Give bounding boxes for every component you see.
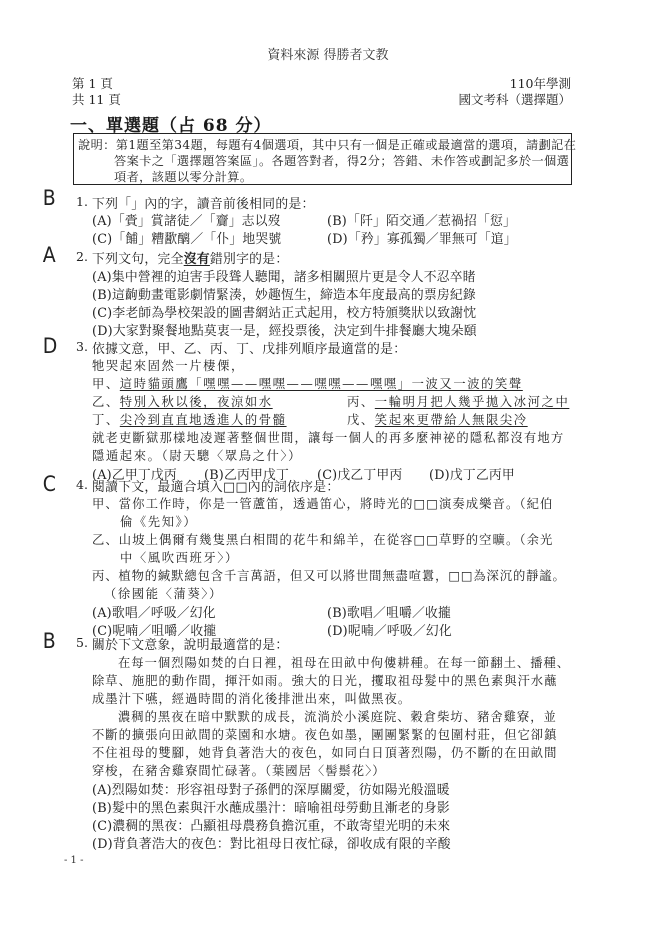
question-number-3: 3. [76, 339, 88, 354]
question-stem-4: 閱讀下文，最適合填入□□內的詞依序是： [92, 476, 339, 495]
q4-item-jia-line-2: 倫《先知》） [120, 512, 197, 530]
instructions-line-3: 項者，該題以零分計算。 [114, 168, 252, 185]
item-text: 笑起來更帶給人無限尖冷 [375, 413, 528, 427]
q4-item-yi-line-1: 乙、山坡上偶爾有幾隻黑白相間的花牛和綿羊，在從容□□草野的空曠。（余光 [92, 530, 553, 548]
stem-suffix: 錯別字的是： [210, 252, 289, 267]
total-pages: 共 11 頁 [72, 90, 121, 108]
item-label: 乙、 [92, 395, 120, 409]
q5-option-b[interactable]: (B)髮中的黑色素與汗水蘸成墨汁：暗喻祖母勞動且漸老的身影 [92, 797, 450, 816]
handwritten-answer-q2: A [43, 243, 56, 267]
q5-passage-line-5: 不斷的擴張向田畝間的菜園和水塘。夜色如墨，團團緊緊的包圍村莊，但它卻鎮 [92, 725, 557, 743]
q5-passage-line-3: 成墨汁下嚥，經過時間的消化後排泄出來，叫做黑夜。 [92, 689, 411, 707]
q5-passage-line-7: 穿梭，在豬舍雞寮間忙碌著。（葉國居〈髻鬃花〉） [92, 761, 386, 779]
q4-option-b[interactable]: (B)歌唱／咀嚼／收攏 [327, 602, 451, 621]
q5-option-a[interactable]: (A)烈陽如焚：形容祖母對子孫們的深厚關愛，彷如陽光般溫暖 [92, 779, 450, 798]
item-text: 尖冷到直直地透進人的骨髓 [120, 413, 287, 427]
q3-lead: 牠哭起來固然一片棲傈， [92, 356, 245, 374]
question-number-1: 1. [76, 194, 88, 209]
q4-item-bing-line-1: 丙、植物的緘默總包含千言萬語，但又可以將世間無盡喧囂，□□為深沉的靜謐。 [92, 566, 566, 584]
q3-tail-line-2: 隱遁起來。（尉天驄〈眾鳥之什〉） [92, 446, 302, 464]
q5-passage-line-1: 在每一個烈陽如焚的白日裡，祖母在田畝中佝僂耕種。在每一節翻土、播種、 [118, 653, 570, 671]
q2-option-b[interactable]: (B)這齣動畫電影劇情緊湊，妙趣恆生，締造本年度最高的票房紀錄 [92, 284, 476, 303]
subject-name: 國文考科（選擇題） [458, 90, 571, 108]
handwritten-answer-q4: C [43, 472, 56, 496]
question-stem-3: 依據文意，甲、乙、丙、丁、戊排列順序最適當的是： [92, 338, 406, 357]
item-text: 特別入秋以後，夜涼如水 [120, 395, 273, 409]
q3-item-wu: 戊、笑起來更帶給人無限尖冷 [347, 410, 528, 428]
q3-option-d[interactable]: (D)戊丁乙丙甲 [429, 464, 515, 483]
q5-option-c[interactable]: (C)濃稠的黑夜：凸顯祖母農務負擔沉重，不敢寄望光明的未來 [92, 815, 450, 834]
q3-item-jia: 甲、這時貓頭鷹「嘿嘿——嘿嘿——嘿嘿——嘿嘿」一波又一波的笑聲 [92, 374, 523, 392]
question-stem-5: 關於下文意象，說明最適當的是： [92, 634, 288, 653]
q1-option-c[interactable]: (C)「餔」糟歠醨／「仆」地哭號 [92, 228, 281, 247]
source-credit: 資料來源 得勝者文教 [0, 44, 656, 63]
q2-option-c[interactable]: (C)李老師為學校架設的圖書網站正式起用，校方特頒獎狀以致謝忱 [92, 302, 476, 321]
q5-passage-line-6: 不住祖母的雙腳，她背負著浩大的夜色，如同白日頂著烈陽，仍不斷的在田畝間 [92, 743, 557, 761]
q4-item-yi-line-2: 中〈風吹西班牙〉） [120, 548, 239, 566]
stem-emphasis: 沒有 [184, 252, 210, 267]
question-stem-2: 下列文句，完全沒有錯別字的是： [92, 248, 288, 267]
stem-prefix: 下列文句，完全 [92, 252, 184, 267]
item-label: 丙、 [347, 395, 375, 409]
question-number-2: 2. [76, 249, 88, 264]
q1-option-a[interactable]: (A)「賫」賞諸徒／「齎」志以歿 [92, 210, 281, 229]
q4-option-d[interactable]: (D)呢喃／呼吸／幻化 [327, 620, 452, 639]
q3-item-yi: 乙、特別入秋以後，夜涼如水 [92, 392, 273, 410]
q3-item-ding: 丁、尖冷到直直地透進人的骨髓 [92, 410, 287, 428]
instructions-line-2: 答案卡之「選擇題答案區」。各題答對者，得2分；答錯、未作答或劃記多於一個選 [114, 152, 569, 169]
q4-item-jia-line-1: 甲、當你工作時，你是一管蘆笛，透過笛心，將時光的□□演奏成樂音。（紀伯 [92, 494, 553, 512]
item-text: 這時貓頭鷹「嘿嘿——嘿嘿——嘿嘿——嘿嘿」一波又一波的笑聲 [120, 377, 523, 391]
q5-passage-line-4: 濃稠的黑夜在暗中默默的成長，流淌於小溪庭院、穀倉柴坊、豬舍雞寮，並 [118, 707, 557, 725]
q1-option-b[interactable]: (B)「阡」陌交通／惹禍招「愆」 [327, 210, 516, 229]
q2-option-d[interactable]: (D)大家對聚餐地點莫衷一是，經投票後，決定到牛排餐廳大塊朵頤 [92, 320, 477, 339]
handwritten-answer-q3: D [43, 334, 58, 358]
q3-item-bing: 丙、一輪明月把人幾乎拋入冰河之中 [347, 392, 569, 410]
item-label: 戊、 [347, 413, 375, 427]
q4-item-bing-line-2: （徐國能〈蒲葵〉） [104, 584, 223, 602]
handwritten-answer-q1: B [43, 186, 56, 210]
q5-option-d[interactable]: (D)背負著浩大的夜色：對比祖母日夜忙碌，卻收成有限的辛酸 [92, 833, 451, 852]
item-label: 甲、 [92, 377, 120, 391]
item-text: 一輪明月把人幾乎拋入冰河之中 [375, 395, 570, 409]
item-label: 丁、 [92, 413, 120, 427]
q5-passage-line-2: 除草、施肥的動作間，揮汗如雨。強大的日光，攫取祖母髮中的黑色素與汗水蘸 [92, 671, 557, 689]
q4-option-a[interactable]: (A)歌唱／呼吸／幻化 [92, 602, 216, 621]
q2-option-a[interactable]: (A)集中營裡的迫害手段聳人聽聞，諸多相關照片更是令人不忍卒睹 [92, 266, 476, 285]
instructions-line-1: 說明：第1題至第34題，每題有4個選項，其中只有一個是正確或最適當的選項，請劃記… [78, 136, 576, 153]
page-number: - 1 - [64, 855, 83, 866]
handwritten-answer-q5: B [43, 629, 56, 653]
q3-tail-line-1: 就老吏斷獄那樣地凌遲著整個世間，讓每一個人的再多麼神祕的隱私都沒有地方 [92, 428, 564, 446]
q1-option-d[interactable]: (D)「矜」寡孤獨／罪無可「逭」 [327, 228, 517, 247]
question-number-5: 5. [76, 635, 88, 650]
question-number-4: 4. [76, 477, 88, 492]
